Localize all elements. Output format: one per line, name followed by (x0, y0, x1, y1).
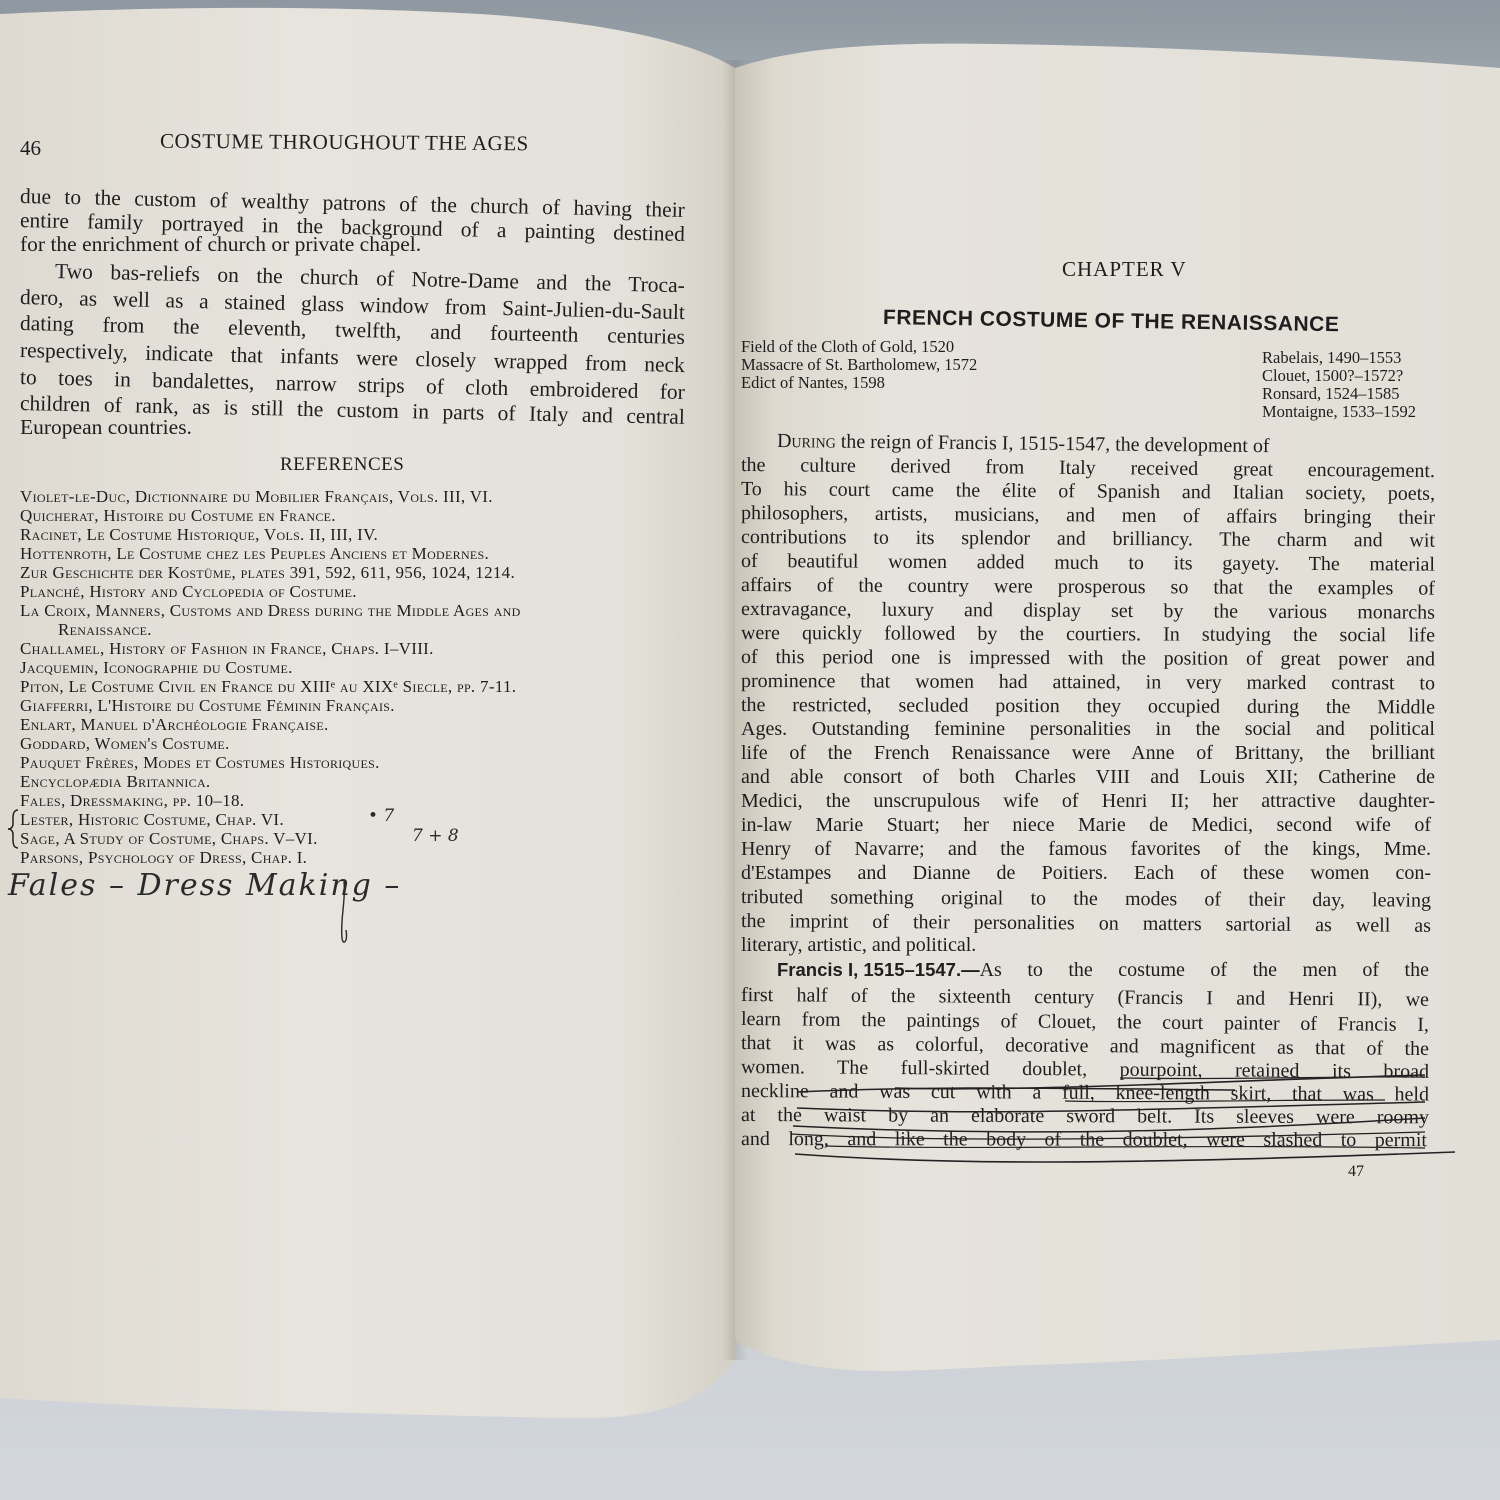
person-item: Ronsard, 1524–1585 (1262, 385, 1400, 403)
page-number-right: 47 (1348, 1163, 1364, 1181)
page-number-left: 46 (20, 136, 41, 161)
reference-item: Jacquemin, Iconographie du Costume. (20, 658, 293, 677)
body-line: and able consort of both Charles VIII an… (741, 765, 1435, 789)
handwritten-note-lester: • 7 (368, 806, 394, 826)
body-line: literary, artistic, and political. (741, 933, 976, 957)
chapter-label: CHAPTER V (1062, 257, 1187, 282)
reference-item: Goddard, Women's Costume. (20, 734, 230, 753)
reference-item: Giafferri, L'Histoire du Costume Féminin… (20, 696, 395, 715)
reference-item: Piton, Le Costume Civil en France du XII… (20, 677, 516, 696)
person-item: Clouet, 1500?–1572? (1262, 367, 1403, 385)
reference-item: Violet-le-Duc, Dictionnaire du Mobilier … (20, 487, 493, 506)
event-item: Field of the Cloth of Gold, 1520 (741, 338, 954, 356)
reference-item: Enlart, Manuel d'Archéologie Française. (20, 715, 329, 734)
reference-item: Encyclopædia Britannica. (20, 772, 210, 791)
reference-item: Pauquet Frères, Modes et Costumes Histor… (20, 753, 380, 772)
body-line: d'Estampes and Dianne de Poitiers. Each … (741, 861, 1431, 885)
reference-item: La Croix, Manners, Customs and Dress dur… (20, 601, 521, 620)
reference-item: Zur Geschichte der Kostüme, plates 391, … (20, 563, 515, 582)
reference-item: Sage, A Study of Costume, Chaps. V–VI. (20, 829, 318, 848)
body-line: Francis I, 1515–1547.—As to the costume … (777, 958, 1429, 982)
drop-word: During (777, 430, 836, 453)
body-line: in-law Marie Stuart; her niece Marie de … (741, 813, 1431, 837)
person-item: Rabelais, 1490–1553 (1262, 349, 1401, 367)
reference-item: Renaissance. (58, 620, 152, 639)
reference-item: Challamel, History of Fashion in France,… (20, 639, 434, 658)
body-line: Medici, the unscrupulous wife of Henri I… (741, 789, 1435, 813)
body-line: European countries. (20, 414, 192, 440)
section-heading: Francis I, 1515–1547.— (777, 958, 980, 982)
body-line: the restricted, secluded position they o… (741, 693, 1435, 720)
event-item: Edict of Nantes, 1598 (741, 374, 885, 392)
body-line: prominence that women had attained, in v… (741, 669, 1435, 696)
reference-item: Hottenroth, Le Costume chez les Peuples … (20, 544, 489, 563)
chapter-title: FRENCH COSTUME OF THE RENAISSANCE (883, 306, 1340, 337)
body-line: Henry of Navarre; and the famous favorit… (741, 837, 1431, 861)
body-line: tributed something original to the modes… (741, 885, 1431, 913)
body-line: life of the French Renaissance were Anne… (741, 741, 1435, 765)
event-item: Massacre of St. Bartholomew, 1572 (741, 356, 977, 374)
handwritten-note-sage: 7 + 8 (412, 826, 459, 846)
reference-item: Racinet, Le Costume Historique, Vols. II… (20, 525, 378, 544)
person-item: Montaigne, 1533–1592 (1262, 403, 1416, 421)
handwritten-stroke-icon (330, 880, 360, 950)
references-heading: REFERENCES (280, 454, 404, 476)
left-page: 46 COSTUME THROUGHOUT THE AGES due to th… (0, 0, 735, 1420)
running-head: COSTUME THROUGHOUT THE AGES (160, 129, 529, 157)
reference-item: Fales, Dressmaking, pp. 10–18. (20, 791, 244, 810)
reference-item: Lester, Historic Costume, Chap. VI. (20, 810, 284, 829)
body-line: Ages. Outstanding feminine personalities… (741, 717, 1435, 741)
body-line: of this period one is impressed with the… (741, 645, 1435, 672)
reference-item: Planché, History and Cyclopedia of Costu… (20, 582, 357, 601)
body-line: were quickly followed by the courtiers. … (741, 621, 1435, 648)
reference-item: Parsons, Psychology of Dress, Chap. I. (20, 848, 307, 867)
pen-underline-marks-icon (735, 1060, 1500, 1180)
right-page: CHAPTER V FRENCH COSTUME OF THE RENAISSA… (735, 0, 1500, 1400)
reference-item: Quicherat, Histoire du Costume en France… (20, 506, 336, 525)
brace-annotation-icon (6, 808, 20, 850)
body-line: for the enrichment of church or private … (20, 231, 421, 257)
